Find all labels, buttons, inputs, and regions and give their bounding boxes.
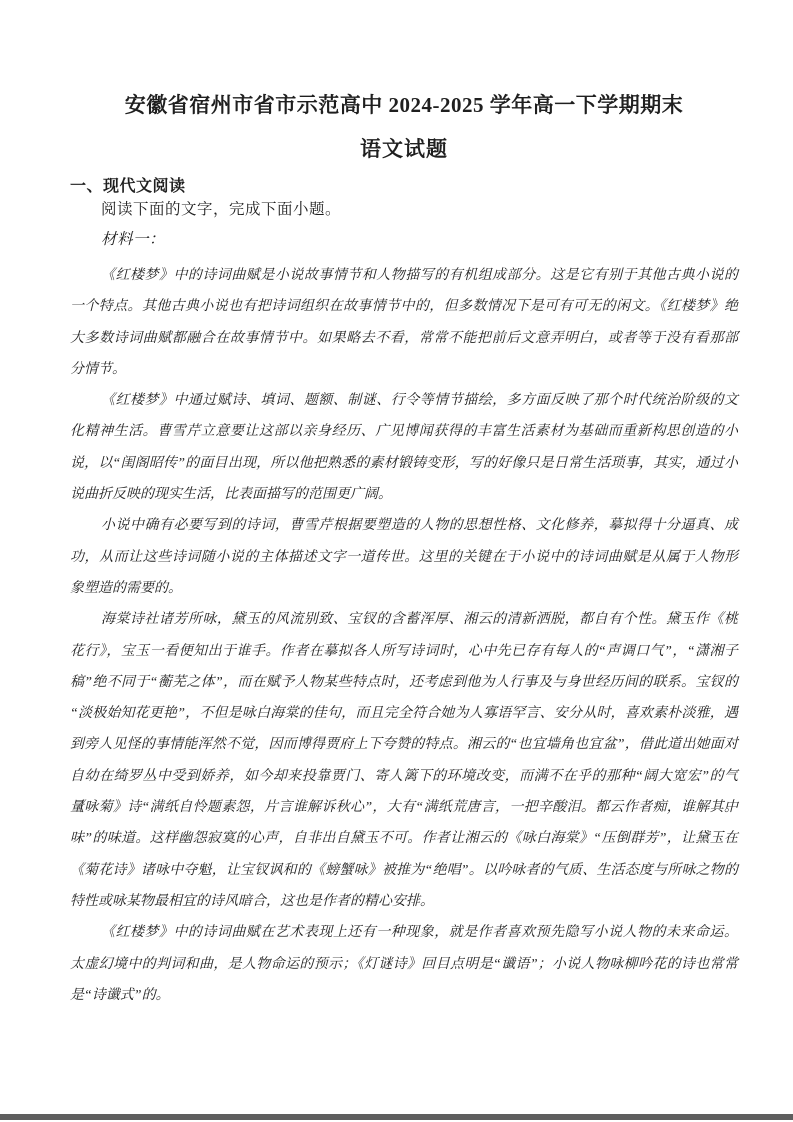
text-line: 分情节。 <box>70 354 738 385</box>
reading-instruction: 阅读下面的文字，完成下面小题。 <box>101 199 341 221</box>
text-line: 自幼在绮罗丛中受到娇养，如今却来投靠贾门、寄人篱下的环境改变，而满不在乎的那种“… <box>70 761 738 792</box>
text-line: “淡极始知花更艳”，不但是咏白海棠的佳句，而且完全符合她为人寡语罕言、安分从时，… <box>70 698 738 729</box>
text-line: 一个特点。其他古典小说也有把诗词组织在故事情节中的，但多数情况下是可有可无的闲文… <box>70 291 738 322</box>
text-line: 小说中确有必要写到的诗词，曹雪芹根据要塑造的人物的思想性格、文化修养，摹拟得十分… <box>70 510 738 541</box>
text-line: 说曲折反映的现实生活，比表面描写的范围更广阔。 <box>70 479 738 510</box>
text-line: 《菊花诗》诸咏中夺魁，让宝钗讽和的《螃蟹咏》被推为“绝唱”。以吟咏者的气质、生活… <box>70 855 738 886</box>
document-title: 安徽省宿州市省市示范高中 2024-2025 学年高一下学期期末 <box>70 89 738 121</box>
document-subtitle: 语文试题 <box>70 133 738 165</box>
material-label: 材料一： <box>101 229 165 251</box>
section-heading: 一、现代文阅读 <box>70 176 186 198</box>
document-page: 安徽省宿州市省市示范高中 2024-2025 学年高一下学期期末 语文试题 一、… <box>0 0 793 1122</box>
text-line: 花行》，宝玉一看便知出于谁手。作者在摹拟各人所写诗词时，心中先已存有每人的“声调… <box>70 636 738 667</box>
text-line: 化精神生活。曹雪芹立意要让这部以亲身经历、广见博闻获得的丰富生活素材为基础而重新… <box>70 416 738 447</box>
text-line: 味”的味道。这样幽怨寂寞的心声，自非出自黛玉不可。作者让湘云的《咏白海棠》“压倒… <box>70 823 738 854</box>
text-line: 说，以“闺阁昭传”的面目出现，所以他把熟悉的素材锻铸变形，写的好像只是日常生活琐… <box>70 448 738 479</box>
paragraph: 《红楼梦》中的诗词曲赋是小说故事情节和人物描写的有机组成部分。这是它有别于其他古… <box>70 260 738 385</box>
page-bottom-divider <box>0 1114 793 1120</box>
text-line: 是“诗谶式”的。 <box>70 980 738 1011</box>
text-line: 象塑造的需要的。 <box>70 573 738 604</box>
text-line: 到旁人见怪的事情能浑然不觉，因而博得贾府上下夸赞的特点。湘云的“也宜墙角也宜盆”… <box>70 729 738 760</box>
paragraph: 《红楼梦》中通过赋诗、填词、题额、制谜、行令等情节描绘，多方面反映了那个时代统治… <box>70 385 738 510</box>
text-line: 稿”绝不同于“蘅芜之体”，而在赋予人物某些特点时，还考虑到他为人行事及与身世经历… <box>70 667 738 698</box>
text-line: 《红楼梦》中的诗词曲赋是小说故事情节和人物描写的有机组成部分。这是它有别于其他古… <box>70 260 738 291</box>
text-line: 大多数诗词曲赋都融合在故事情节中。如果略去不看，常常不能把前后文意弄明白，或者等… <box>70 323 738 354</box>
text-line: 《红楼梦》中通过赋诗、填词、题额、制谜、行令等情节描绘，多方面反映了那个时代统治… <box>70 385 738 416</box>
text-line: 太虚幻境中的判词和曲，是人物命运的预示；《灯谜诗》回目点明是“谶语”；小说人物咏… <box>70 949 738 980</box>
text-line: 《咏菊》诗“满纸自怜题素怨，片言谁解诉秋心”，大有“满纸荒唐言，一把辛酸泪。都云… <box>70 792 738 823</box>
text-line: 海棠诗社诸芳所咏，黛玉的风流别致、宝钗的含蓄浑厚、湘云的清新洒脱，都自有个性。黛… <box>70 604 738 635</box>
material-body: 《红楼梦》中的诗词曲赋是小说故事情节和人物描写的有机组成部分。这是它有别于其他古… <box>70 260 738 1011</box>
text-line: 功，从而让这些诗词随小说的主体描述文字一道传世。这里的关键在于小说中的诗词曲赋是… <box>70 542 738 573</box>
text-line: 特性或咏某物最相宜的诗风暗合，这也是作者的精心安排。 <box>70 886 738 917</box>
paragraph: 海棠诗社诸芳所咏，黛玉的风流别致、宝钗的含蓄浑厚、湘云的清新洒脱，都自有个性。黛… <box>70 604 738 917</box>
text-line: 《红楼梦》中的诗词曲赋在艺术表现上还有一种现象，就是作者喜欢预先隐写小说人物的未… <box>70 917 738 948</box>
paragraph: 《红楼梦》中的诗词曲赋在艺术表现上还有一种现象，就是作者喜欢预先隐写小说人物的未… <box>70 917 738 1011</box>
paragraph: 小说中确有必要写到的诗词，曹雪芹根据要塑造的人物的思想性格、文化修养，摹拟得十分… <box>70 510 738 604</box>
